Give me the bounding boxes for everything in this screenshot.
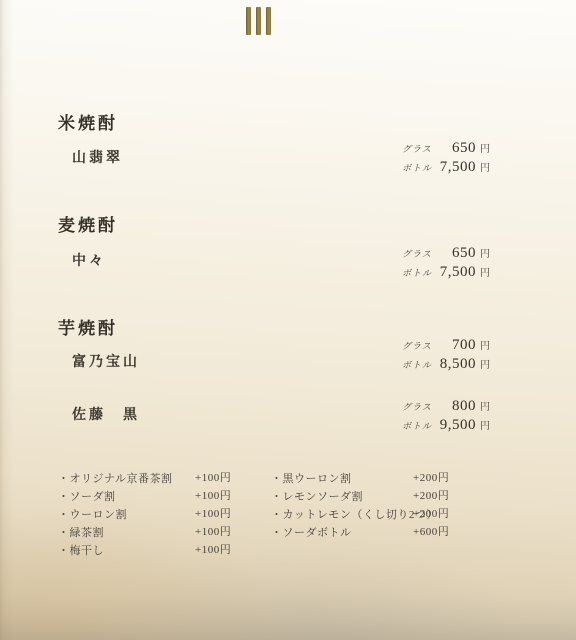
- divider-bar-icon: [246, 7, 251, 35]
- yen-suffix: 円: [480, 398, 490, 413]
- bottle-label: ボトル: [402, 266, 434, 279]
- glass-price-row: グラス 700 円: [402, 337, 490, 356]
- glass-price: 700: [434, 337, 476, 354]
- item-name-yamahisui: 山翡翠: [72, 147, 123, 167]
- menu-page: 米焼酎 山翡翠 グラス 650 円 ボトル 7,500 円 麦焼酎 中々 グラス…: [0, 0, 576, 640]
- price-block: グラス 800 円 ボトル 9,500 円: [402, 398, 490, 436]
- option-row: ・レモンソーダ割 +200円: [271, 487, 363, 503]
- yen-suffix: 円: [480, 337, 490, 352]
- yen-suffix: 円: [480, 417, 490, 432]
- bottle-price-row: ボトル 9,500 円: [402, 417, 490, 436]
- option-price: +200円: [413, 469, 449, 485]
- bottle-label: ボトル: [402, 419, 434, 432]
- glass-price: 800: [434, 398, 476, 415]
- glass-price-row: グラス 650 円: [402, 140, 490, 159]
- glass-price: 650: [434, 140, 476, 157]
- option-row: ・黒ウーロン割 +200円: [271, 469, 352, 485]
- item-name-nakanaka: 中々: [72, 250, 106, 270]
- option-price: +200円: [413, 487, 449, 503]
- option-price: +100円: [195, 487, 231, 503]
- yen-suffix: 円: [480, 264, 490, 279]
- option-label: ・緑茶割: [58, 527, 104, 539]
- option-price: +100円: [195, 505, 231, 521]
- glass-label: グラス: [402, 339, 434, 352]
- bottle-price-row: ボトル 7,500 円: [402, 264, 490, 283]
- option-label: ・ソーダ割: [58, 491, 116, 503]
- option-row: ・緑茶割 +100円: [58, 523, 104, 539]
- option-row: ・カットレモン（くし切り2つ） +200円: [271, 505, 438, 521]
- option-price: +200円: [413, 505, 449, 521]
- option-price: +100円: [195, 469, 231, 485]
- glass-price-row: グラス 800 円: [402, 398, 490, 417]
- option-label: ・ウーロン割: [58, 509, 127, 521]
- option-price: +100円: [195, 541, 231, 557]
- price-block: グラス 700 円 ボトル 8,500 円: [402, 337, 490, 375]
- option-row: ・オリジナル京番茶割 +100円: [58, 469, 172, 485]
- option-label: ・ソーダボトル: [271, 527, 352, 539]
- glass-label: グラス: [402, 400, 434, 413]
- option-row: ・ソーダボトル +600円: [271, 523, 352, 539]
- bottle-price: 8,500: [434, 356, 476, 373]
- bottle-label: ボトル: [402, 161, 434, 174]
- glass-label: グラス: [402, 142, 434, 155]
- section-heading-rice-shochu: 米焼酎: [58, 109, 118, 134]
- item-name-satou-kuro: 佐藤 黒: [72, 404, 140, 424]
- option-row: ・ウーロン割 +100円: [58, 505, 127, 521]
- price-block: グラス 650 円 ボトル 7,500 円: [402, 245, 490, 283]
- option-label: ・黒ウーロン割: [271, 473, 352, 485]
- page-divider-bars: [246, 7, 271, 35]
- option-label: ・レモンソーダ割: [271, 491, 363, 503]
- option-price: +100円: [195, 523, 231, 539]
- yen-suffix: 円: [480, 356, 490, 371]
- option-price: +600円: [413, 523, 449, 539]
- yen-suffix: 円: [480, 140, 490, 155]
- yen-suffix: 円: [480, 159, 490, 174]
- bottle-price: 7,500: [434, 159, 476, 176]
- glass-price: 650: [434, 245, 476, 262]
- price-block: グラス 650 円 ボトル 7,500 円: [402, 140, 490, 178]
- divider-bar-icon: [266, 7, 271, 35]
- item-name-tominohouzan: 富乃宝山: [72, 351, 140, 371]
- bottle-price: 7,500: [434, 264, 476, 281]
- option-label: ・梅干し: [58, 545, 104, 557]
- section-heading-barley-shochu: 麦焼酎: [58, 211, 118, 236]
- option-row: ・ソーダ割 +100円: [58, 487, 116, 503]
- section-heading-imo-shochu: 芋焼酎: [58, 314, 118, 339]
- bottle-label: ボトル: [402, 358, 434, 371]
- option-label: ・オリジナル京番茶割: [58, 473, 172, 485]
- bottle-price: 9,500: [434, 417, 476, 434]
- divider-bar-icon: [256, 7, 261, 35]
- glass-label: グラス: [402, 247, 434, 260]
- bottle-price-row: ボトル 8,500 円: [402, 356, 490, 375]
- option-row: ・梅干し +100円: [58, 541, 104, 557]
- yen-suffix: 円: [480, 245, 490, 260]
- glass-price-row: グラス 650 円: [402, 245, 490, 264]
- bottle-price-row: ボトル 7,500 円: [402, 159, 490, 178]
